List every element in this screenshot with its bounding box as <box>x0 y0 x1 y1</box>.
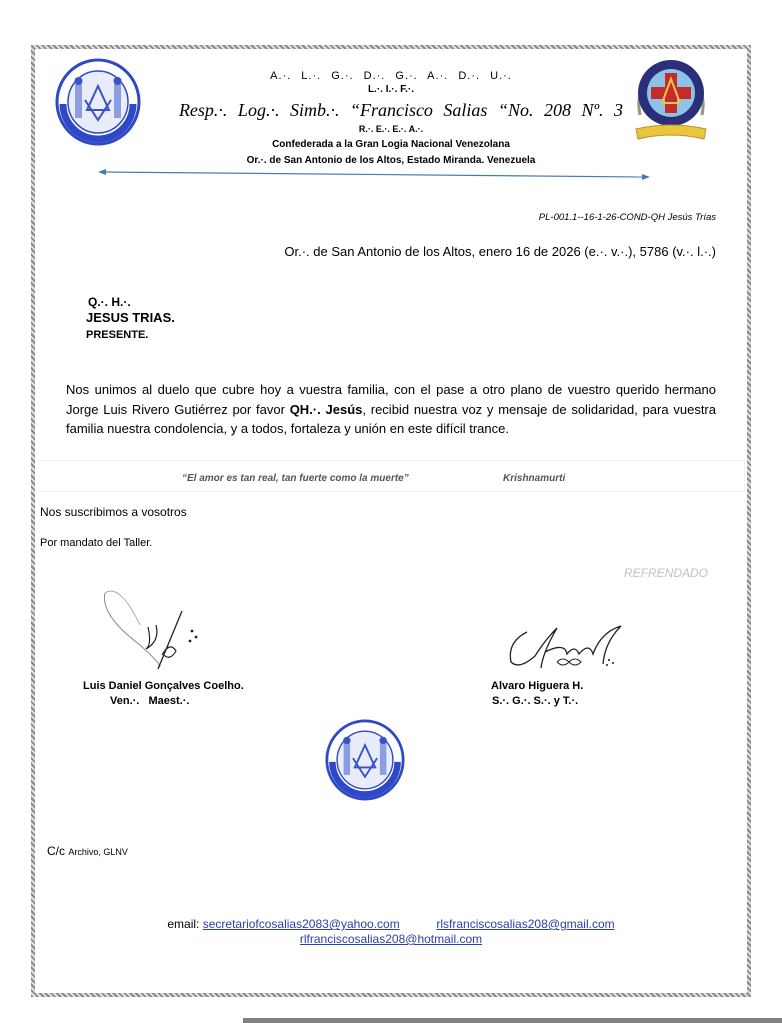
header-confederation: Confederada a la Gran Logia Nacional Ven… <box>0 139 782 150</box>
header-divider-arrow <box>98 168 650 180</box>
email-link-hotmail[interactable]: rlfranciscosalias208@hotmail.com <box>300 932 482 946</box>
header-initials: A.·. L.·. G.·. D.·. G.·. A.·. D.·. U.·. <box>0 70 782 82</box>
signature-2-icon <box>505 622 630 672</box>
page-border <box>31 45 751 997</box>
body-text-bold: QH.·. Jesús <box>290 402 363 417</box>
quote-text: “El amor es tan real, tan fuerte como la… <box>182 473 409 484</box>
header-location: Or.·. de San Antonio de los Altos, Estad… <box>0 155 782 166</box>
header-lif: L.·. I.·. F.·. <box>0 84 782 95</box>
recipient-salutation: Q.·. H.·. <box>88 295 131 309</box>
recipient-presente: PRESENTE. <box>86 329 148 341</box>
document-reference: PL-001.1--16-1-26-COND-QH Jesús Trías <box>539 212 716 223</box>
signature-1-name: Luis Daniel Gonçalves Coelho. <box>83 680 244 692</box>
date-line: Or.·. de San Antonio de los Altos, enero… <box>284 244 716 259</box>
lodge-seal-bottom-icon <box>325 717 405 803</box>
cc-line: C/c Archivo, GLNV <box>47 844 128 858</box>
signature-1-title: Ven.·. Maest.·. <box>110 695 189 707</box>
header-rite: R.·. E.·. E.·. A.·. <box>0 124 782 134</box>
lodge-title: Resp.·. Log.·. Simb.·. “Francisco Salias… <box>10 100 782 121</box>
cc-label: C/c <box>47 844 65 858</box>
closing-line-2: Por mandato del Taller. <box>40 537 152 549</box>
refrendado-label: REFRENDADO <box>624 566 708 580</box>
cc-text: Archivo, GLNV <box>68 847 128 857</box>
closing-line-1: Nos suscribimos a vosotros <box>40 505 187 519</box>
signature-1-icon <box>100 585 220 675</box>
email-link-gmail[interactable]: rlsfranciscosalias208@gmail.com <box>436 917 614 931</box>
contact-emails-row-2: rlfranciscosalias208@hotmail.com <box>0 932 782 946</box>
signature-2-name: Alvaro Higuera H. <box>491 680 583 692</box>
bottom-scrollbar[interactable] <box>243 1018 782 1023</box>
body-paragraph: Nos unimos al duelo que cubre hoy a vues… <box>66 380 716 439</box>
email-link-yahoo[interactable]: secretariofcosalias2083@yahoo.com <box>203 917 400 931</box>
quote-author: Krishnamurti <box>503 473 565 484</box>
contact-emails-row-1: email: secretariofcosalias2083@yahoo.com… <box>0 917 782 931</box>
recipient-name: JESUS TRIAS. <box>86 310 175 325</box>
signature-2-title: S.·. G.·. S.·. y T.·. <box>492 695 578 707</box>
email-label: email: <box>167 917 199 931</box>
